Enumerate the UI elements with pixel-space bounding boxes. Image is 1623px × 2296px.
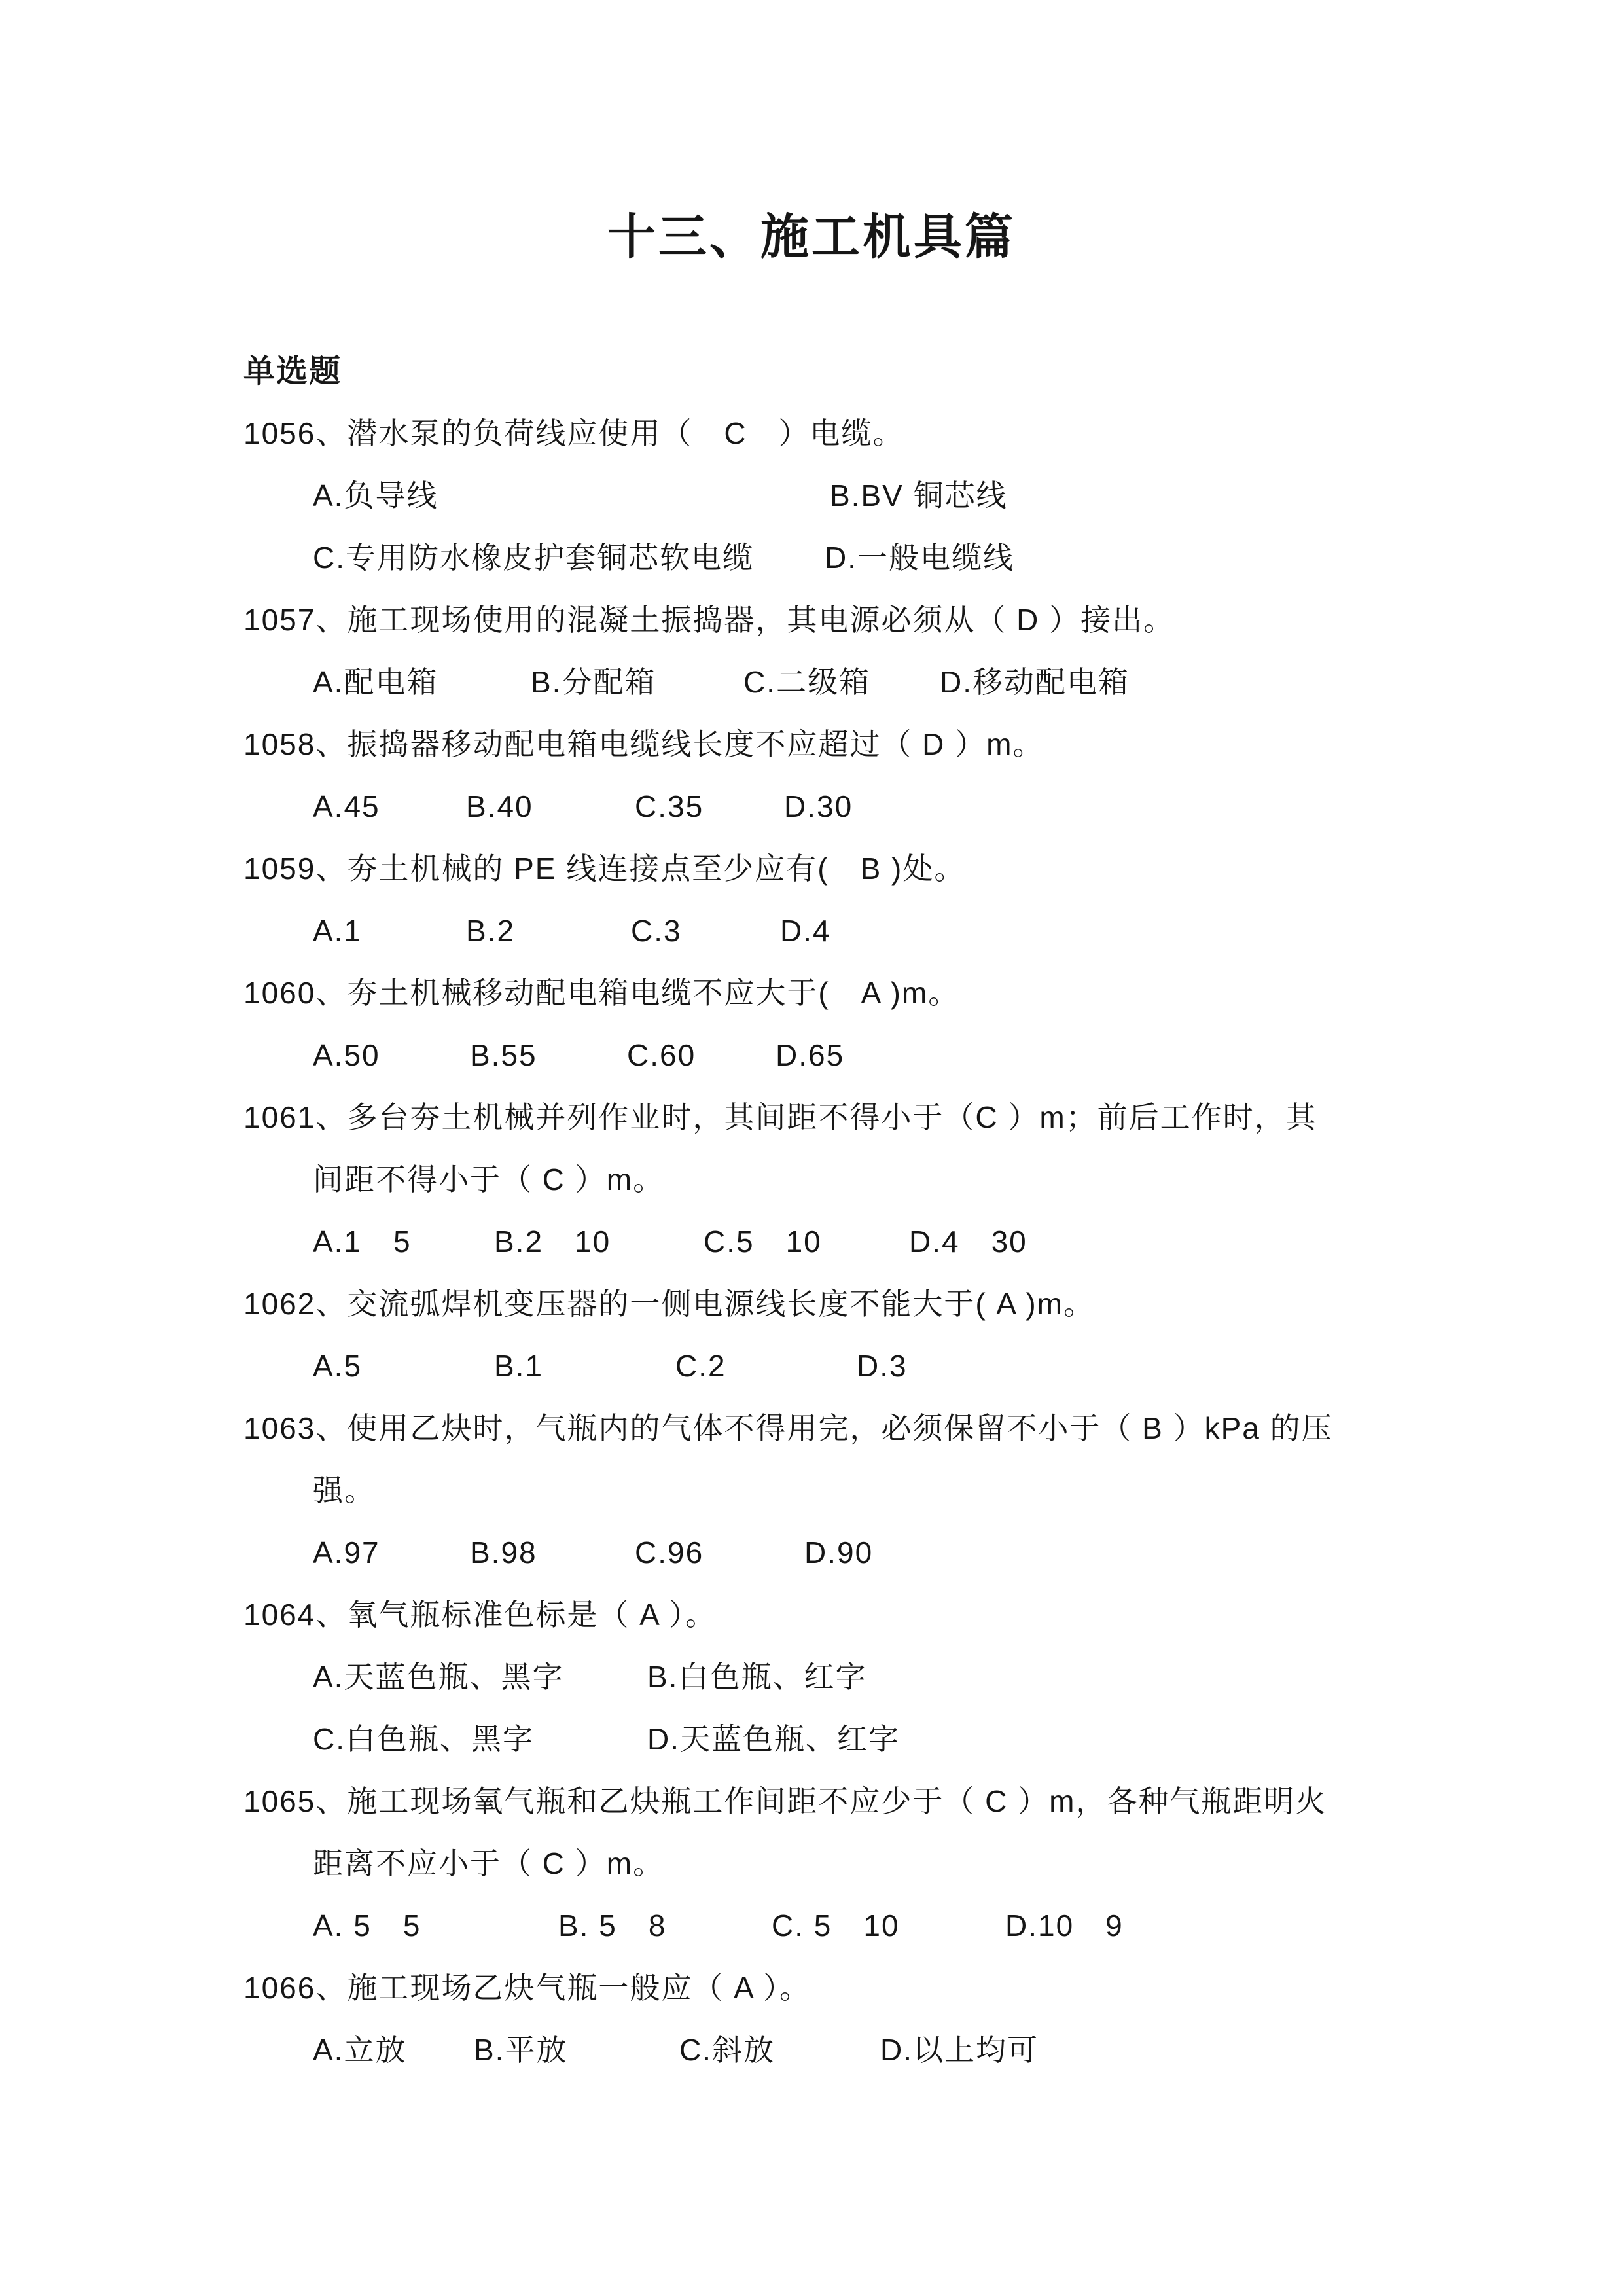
- question-stem: 1059、夯土机械的 PE 线连接点至少应有( B )处。: [0, 838, 1623, 900]
- options-row: A.50B.55C.60D.65: [0, 1024, 1623, 1086]
- option-A: A.天蓝色瓶、黑字: [313, 1646, 647, 1708]
- question-stem-continued: 间距不得小于（ C ）m。: [0, 1149, 1623, 1211]
- option-B: B.2 10: [494, 1211, 704, 1273]
- options-row: A.5B.1C.2D.3: [0, 1335, 1623, 1397]
- question-stem: 1060、夯土机械移动配电箱电缆不应大于( A )m。: [0, 962, 1623, 1024]
- question-stem: 1056、潜水泵的负荷线应使用（ C ）电缆。: [0, 403, 1623, 465]
- question-stem: 1062、交流弧焊机变压器的一侧电源线长度不能大于( A )m。: [0, 1273, 1623, 1335]
- option-B: B.分配箱: [531, 651, 743, 713]
- options-row: C.白色瓶、黑字D.天蓝色瓶、红字: [0, 1708, 1623, 1770]
- question-1064: 1064、氧气瓶标准色标是（ A ）。A.天蓝色瓶、黑字B.白色瓶、红字C.白色…: [0, 1584, 1623, 1770]
- option-D: D.10 9: [1005, 1895, 1124, 1957]
- option-D: D.4 30: [909, 1211, 1027, 1273]
- option-B: B.BV 铜芯线: [830, 465, 1008, 527]
- question-1061: 1061、多台夯土机械并列作业时，其间距不得小于（C ）m；前后工作时，其间距不…: [0, 1086, 1623, 1273]
- options-row: A.45B.40C.35D.30: [0, 776, 1623, 838]
- option-D: D.天蓝色瓶、红字: [647, 1708, 900, 1770]
- option-D: D.30: [784, 776, 853, 838]
- question-1057: 1057、施工现场使用的混凝土振捣器，其电源必须从（ D ）接出。A.配电箱B.…: [0, 589, 1623, 713]
- question-stem: 1066、施工现场乙炔气瓶一般应（ A ）。: [0, 1957, 1623, 2019]
- question-stem: 1065、施工现场氧气瓶和乙炔瓶工作间距不应少于（ C ）m，各种气瓶距明火: [0, 1770, 1623, 1833]
- option-A: A.立放: [313, 2019, 474, 2081]
- document-page: 十三、施工机具篇 单选题 1056、潜水泵的负荷线应使用（ C ）电缆。A.负导…: [0, 0, 1623, 2296]
- option-A: A.5: [313, 1335, 494, 1397]
- option-D: D.4: [780, 900, 831, 962]
- section-label: 单选题: [0, 340, 1623, 403]
- option-C: C.96: [635, 1522, 804, 1584]
- option-C: C. 5 10: [772, 1895, 1005, 1957]
- options-row: C.专用防水橡皮护套铜芯软电缆D.一般电缆线: [0, 527, 1623, 589]
- option-A: A.45: [313, 776, 466, 838]
- option-C: C.3: [631, 900, 780, 962]
- option-A: A.配电箱: [313, 651, 531, 713]
- page-title: 十三、施工机具篇: [0, 0, 1623, 267]
- question-1066: 1066、施工现场乙炔气瓶一般应（ A ）。A.立放B.平放C.斜放D.以上均可: [0, 1957, 1623, 2081]
- option-A: A.1: [313, 900, 466, 962]
- option-C: C.5 10: [704, 1211, 909, 1273]
- question-stem-continued: 距离不应小于（ C ）m。: [0, 1833, 1623, 1895]
- option-D: D.65: [776, 1024, 844, 1086]
- question-1058: 1058、振捣器移动配电箱电缆线长度不应超过（ D ）m。A.45B.40C.3…: [0, 713, 1623, 838]
- option-B: B.40: [466, 776, 635, 838]
- option-B: B. 5 8: [558, 1895, 772, 1957]
- option-A: A.1 5: [313, 1211, 494, 1273]
- question-stem: 1061、多台夯土机械并列作业时，其间距不得小于（C ）m；前后工作时，其: [0, 1086, 1623, 1149]
- question-1056: 1056、潜水泵的负荷线应使用（ C ）电缆。A.负导线B.BV 铜芯线C.专用…: [0, 403, 1623, 589]
- options-row: A.1B.2C.3D.4: [0, 900, 1623, 962]
- option-A: A.50: [313, 1024, 470, 1086]
- option-B: B.98: [470, 1522, 635, 1584]
- question-1065: 1065、施工现场氧气瓶和乙炔瓶工作间距不应少于（ C ）m，各种气瓶距明火距离…: [0, 1770, 1623, 1957]
- question-1063: 1063、使用乙炔时，气瓶内的气体不得用完，必须保留不小于（ B ）kPa 的压…: [0, 1397, 1623, 1584]
- question-stem: 1064、氧气瓶标准色标是（ A ）。: [0, 1584, 1623, 1646]
- option-C: C.2: [675, 1335, 857, 1397]
- option-C: C.专用防水橡皮护套铜芯软电缆: [313, 527, 825, 589]
- option-D: D.3: [857, 1335, 908, 1397]
- option-D: D.一般电缆线: [825, 527, 1014, 589]
- option-B: B.平放: [474, 2019, 679, 2081]
- option-A: A.97: [313, 1522, 470, 1584]
- options-row: A.1 5B.2 10C.5 10D.4 30: [0, 1211, 1623, 1273]
- option-A: A. 5 5: [313, 1895, 558, 1957]
- option-C: C.二级箱: [743, 651, 940, 713]
- option-C: C.白色瓶、黑字: [313, 1708, 647, 1770]
- option-B: B.白色瓶、红字: [647, 1646, 866, 1708]
- options-row: A. 5 5B. 5 8C. 5 10D.10 9: [0, 1895, 1623, 1957]
- option-C: C.35: [635, 776, 784, 838]
- option-D: D.以上均可: [880, 2019, 1039, 2081]
- option-D: D.90: [804, 1522, 873, 1584]
- option-D: D.移动配电箱: [940, 651, 1130, 713]
- option-B: B.2: [466, 900, 631, 962]
- question-stem: 1058、振捣器移动配电箱电缆线长度不应超过（ D ）m。: [0, 713, 1623, 776]
- options-row: A.立放B.平放C.斜放D.以上均可: [0, 2019, 1623, 2081]
- options-row: A.天蓝色瓶、黑字B.白色瓶、红字: [0, 1646, 1623, 1708]
- option-A: A.负导线: [313, 465, 830, 527]
- question-1060: 1060、夯土机械移动配电箱电缆不应大于( A )m。A.50B.55C.60D…: [0, 962, 1623, 1086]
- option-B: B.55: [470, 1024, 627, 1086]
- options-row: A.配电箱B.分配箱C.二级箱D.移动配电箱: [0, 651, 1623, 713]
- question-stem-continued: 强。: [0, 1460, 1623, 1522]
- option-C: C.60: [627, 1024, 776, 1086]
- questions-list: 1056、潜水泵的负荷线应使用（ C ）电缆。A.负导线B.BV 铜芯线C.专用…: [0, 403, 1623, 2081]
- question-stem: 1063、使用乙炔时，气瓶内的气体不得用完，必须保留不小于（ B ）kPa 的压: [0, 1397, 1623, 1460]
- question-1059: 1059、夯土机械的 PE 线连接点至少应有( B )处。A.1B.2C.3D.…: [0, 838, 1623, 962]
- option-C: C.斜放: [679, 2019, 880, 2081]
- options-row: A.97B.98C.96D.90: [0, 1522, 1623, 1584]
- option-B: B.1: [494, 1335, 675, 1397]
- options-row: A.负导线B.BV 铜芯线: [0, 465, 1623, 527]
- question-stem: 1057、施工现场使用的混凝土振捣器，其电源必须从（ D ）接出。: [0, 589, 1623, 651]
- question-1062: 1062、交流弧焊机变压器的一侧电源线长度不能大于( A )m。A.5B.1C.…: [0, 1273, 1623, 1397]
